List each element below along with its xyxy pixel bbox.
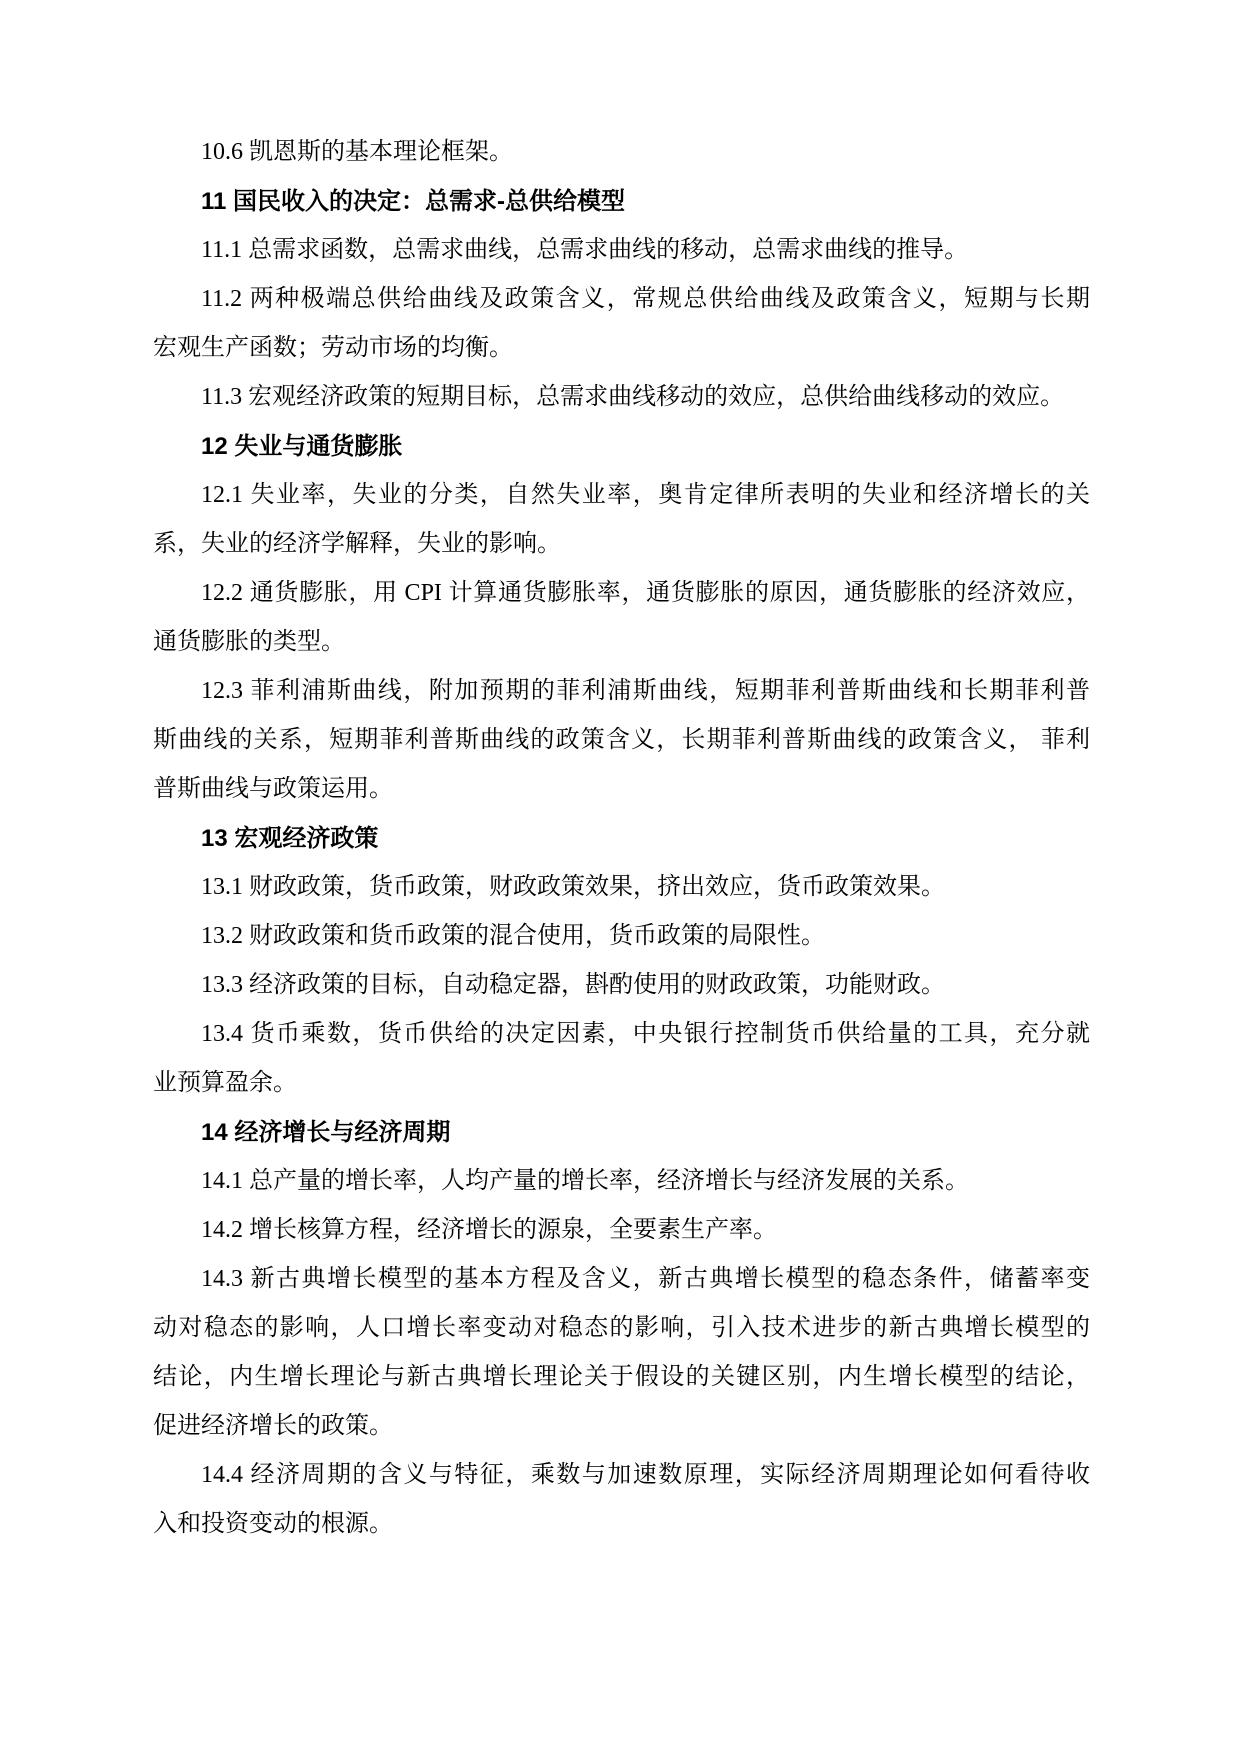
item-12-2-line-1: 12.2 通货膨胀，用 CPI 计算通货膨胀率，通货膨胀的原因，通货膨胀的经济效… bbox=[153, 569, 1090, 618]
item-11-2-line-1: 11.2 两种极端总供给曲线及政策含义，常规总供给曲线及政策含义，短期与长期 bbox=[153, 275, 1090, 324]
item-14-3-line-1: 14.3 新古典增长模型的基本方程及含义，新古典增长模型的稳态条件，储蓄率变 bbox=[153, 1255, 1090, 1304]
item-14-1: 14.1 总产量的增长率，人均产量的增长率，经济增长与经济发展的关系。 bbox=[153, 1157, 1090, 1206]
section-heading-12: 12 失业与通货膨胀 bbox=[153, 422, 1090, 471]
item-14-4-line-2: 入和投资变动的根源。 bbox=[153, 1500, 1090, 1549]
item-11-1: 11.1 总需求函数，总需求曲线，总需求曲线的移动，总需求曲线的推导。 bbox=[153, 226, 1090, 275]
item-13-4-line-2: 业预算盈余。 bbox=[153, 1059, 1090, 1108]
section-heading-14: 14 经济增长与经济周期 bbox=[153, 1108, 1090, 1157]
item-12-3-line-2: 斯曲线的关系，短期菲利普斯曲线的政策含义，长期菲利普斯曲线的政策含义， 菲利 bbox=[153, 716, 1090, 765]
item-14-4-line-1: 14.4 经济周期的含义与特征，乘数与加速数原理，实际经济周期理论如何看待收 bbox=[153, 1451, 1090, 1500]
section-heading-13: 13 宏观经济政策 bbox=[153, 814, 1090, 863]
item-10-6: 10.6 凯恩斯的基本理论框架。 bbox=[153, 128, 1090, 177]
item-12-1-line-1: 12.1 失业率，失业的分类，自然失业率，奥肯定律所表明的失业和经济增长的关 bbox=[153, 471, 1090, 520]
item-13-2: 13.2 财政政策和货币政策的混合使用，货币政策的局限性。 bbox=[153, 912, 1090, 961]
item-14-3-line-2: 动对稳态的影响，人口增长率变动对稳态的影响，引入技术进步的新古典增长模型的 bbox=[153, 1304, 1090, 1353]
item-14-3-line-4: 促进经济增长的政策。 bbox=[153, 1402, 1090, 1451]
document-page: 10.6 凯恩斯的基本理论框架。 11 国民收入的决定：总需求-总供给模型 11… bbox=[153, 128, 1090, 1549]
item-14-3-line-3: 结论，内生增长理论与新古典增长理论关于假设的关键区别，内生增长模型的结论， bbox=[153, 1353, 1090, 1402]
item-12-3-line-3: 普斯曲线与政策运用。 bbox=[153, 765, 1090, 814]
item-13-3: 13.3 经济政策的目标，自动稳定器，斟酌使用的财政政策，功能财政。 bbox=[153, 961, 1090, 1010]
item-13-4-line-1: 13.4 货币乘数，货币供给的决定因素，中央银行控制货币供给量的工具，充分就 bbox=[153, 1010, 1090, 1059]
item-11-2-line-2: 宏观生产函数；劳动市场的均衡。 bbox=[153, 324, 1090, 373]
item-12-1-line-2: 系，失业的经济学解释，失业的影响。 bbox=[153, 520, 1090, 569]
item-14-2: 14.2 增长核算方程，经济增长的源泉，全要素生产率。 bbox=[153, 1206, 1090, 1255]
item-12-2-line-2: 通货膨胀的类型。 bbox=[153, 618, 1090, 667]
item-12-3-line-1: 12.3 菲利浦斯曲线，附加预期的菲利浦斯曲线，短期菲利普斯曲线和长期菲利普 bbox=[153, 667, 1090, 716]
item-11-3: 11.3 宏观经济政策的短期目标，总需求曲线移动的效应，总供给曲线移动的效应。 bbox=[153, 373, 1090, 422]
item-13-1: 13.1 财政政策，货币政策，财政政策效果，挤出效应，货币政策效果。 bbox=[153, 863, 1090, 912]
section-heading-11: 11 国民收入的决定：总需求-总供给模型 bbox=[153, 177, 1090, 226]
